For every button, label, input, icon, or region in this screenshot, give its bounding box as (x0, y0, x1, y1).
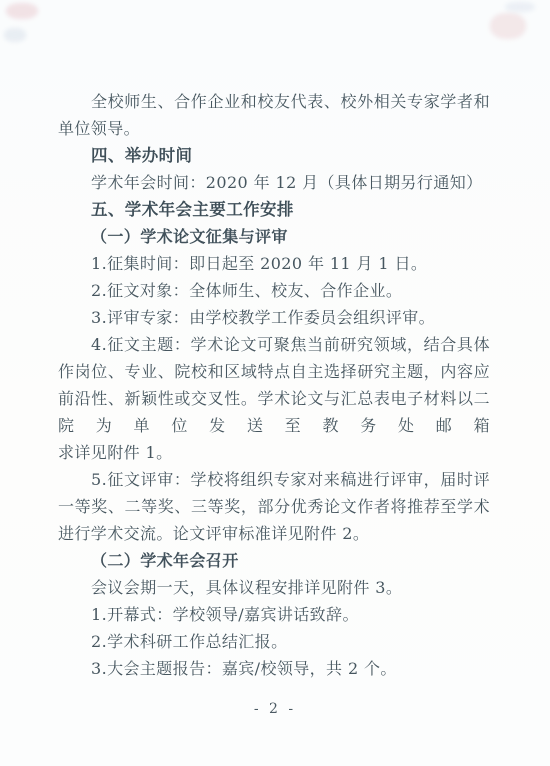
line-item-submission-target: 2.征文对象：全体师生、校友、合作企业。 (58, 277, 490, 304)
line-item-topic-1: 4.征文主题：学术论文可聚焦当前研究领域，结合具体的工 (58, 331, 490, 358)
scan-artifact-mark (4, 28, 26, 42)
line-item-review-2: 一等奖、二等奖、三等奖，部分优秀论文作者将推荐至学术年会 (58, 493, 490, 520)
document-page: 全校师生、合作企业和校友代表、校外相关专家学者和主管 单位领导。 四、举办时间 … (0, 0, 550, 766)
heading-main-arrangements: 五、学术年会主要工作安排 (58, 196, 490, 223)
line-item-topic-5: 求详见附件 1。 (58, 439, 490, 466)
line-agenda-keynotes: 3.大会主题报告：嘉宾/校领导，共 2 个。 (58, 655, 490, 682)
line-item-collection-time: 1.征集时间：即日起至 2020 年 11 月 1 日。 (58, 250, 490, 277)
heading-hosting-time: 四、举办时间 (58, 142, 490, 169)
line-agenda-summary-report: 2.学术科研工作总结汇报。 (58, 628, 490, 655)
document-body: 全校师生、合作企业和校友代表、校外相关专家学者和主管 单位领导。 四、举办时间 … (58, 88, 490, 682)
paragraph-attendees-line2: 单位领导。 (58, 115, 490, 142)
line-agenda-opening: 1.开幕式：学校领导/嘉宾讲话致辞。 (58, 601, 490, 628)
subheading-annual-meeting: （二）学术年会召开 (58, 547, 490, 574)
scan-artifact-mark (490, 13, 526, 39)
page-number: - 2 - (0, 701, 550, 717)
paragraph-attendees-line1: 全校师生、合作企业和校友代表、校外相关专家学者和主管 (58, 88, 490, 115)
scan-artifact-mark (6, 3, 38, 19)
line-item-topic-2: 作岗位、专业、院校和区域特点自主选择研究主题，内容应体现 (58, 358, 490, 385)
line-item-topic-email: 院为单位发送至教务处邮箱<lijuan.zhang@qzoiedu.com>，征… (58, 412, 490, 439)
line-event-time: 学术年会时间：2020 年 12 月（具体日期另行通知） (58, 169, 490, 196)
line-item-review-3: 进行学术交流。论文评审标准详见附件 2。 (58, 520, 490, 547)
line-meeting-duration: 会议会期一天，具体议程安排详见附件 3。 (58, 574, 490, 601)
line-item-review-experts: 3.评审专家：由学校教学工作委员会组织评审。 (58, 304, 490, 331)
subheading-paper-collection: （一）学术论文征集与评审 (58, 223, 490, 250)
line-item-topic-3: 前沿性、新颖性或交叉性。学术论文与汇总表电子材料以二级学 (58, 385, 490, 412)
line-item-review-1: 5.征文评审：学校将组织专家对来稿进行评审，届时评选出 (58, 466, 490, 493)
scan-artifact-mark (505, 2, 535, 12)
